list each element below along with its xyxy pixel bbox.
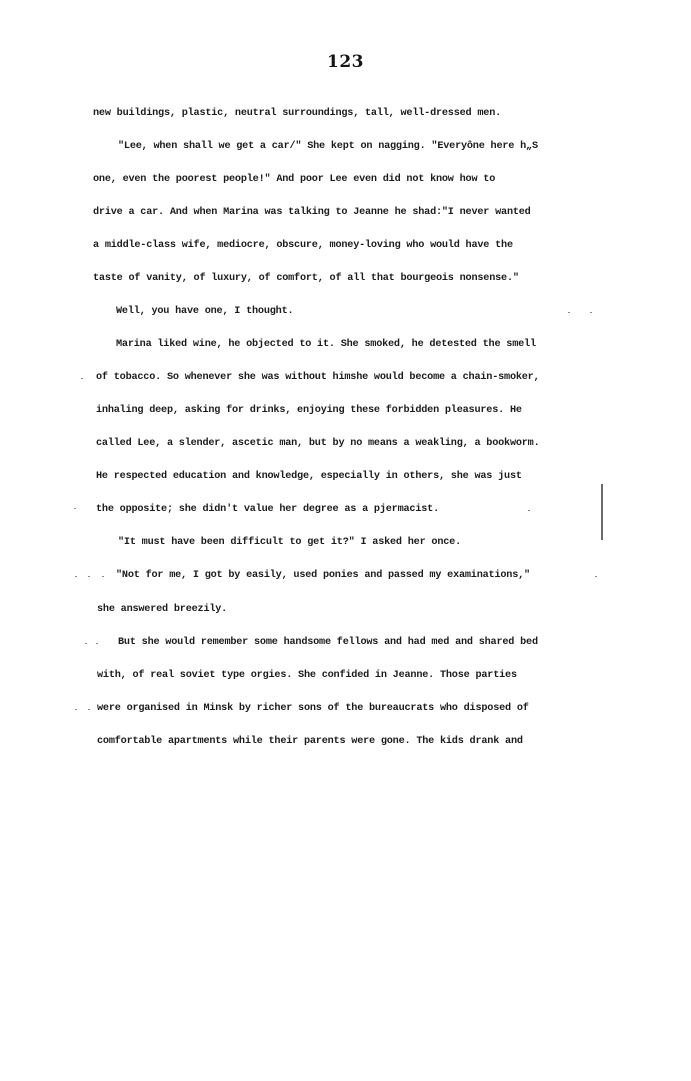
scan-speck	[528, 510, 530, 511]
text-line: drive a car. And when Marina was talking…	[93, 206, 531, 220]
scan-margin-line	[601, 484, 603, 540]
scan-speck	[74, 508, 76, 509]
scan-speck	[102, 576, 104, 577]
scan-speck	[75, 709, 77, 710]
text-line: inhaling deep, asking for drinks, enjoyi…	[96, 404, 522, 418]
text-line: He respected education and knowledge, es…	[96, 470, 522, 484]
text-line: taste of vanity, of luxury, of comfort, …	[93, 272, 519, 286]
text-line: called Lee, a slender, ascetic man, but …	[96, 437, 540, 451]
text-line: of tobacco. So whenever she was without …	[96, 371, 540, 385]
text-line: she answered breezily.	[97, 603, 227, 617]
text-line: with, of real soviet type orgies. She co…	[97, 669, 517, 683]
scan-speck	[88, 709, 90, 710]
scan-speck	[75, 576, 77, 577]
text-line: "It must have been difficult to get it?"…	[118, 536, 461, 550]
text-line: Well, you have one, I thought.	[116, 305, 293, 319]
page-number: 123	[0, 52, 691, 72]
text-line: were organised in Minsk by richer sons o…	[97, 702, 529, 716]
text-line: "Lee, when shall we get a car/" She kept…	[118, 140, 538, 154]
scan-speck	[81, 378, 83, 379]
scan-speck	[96, 643, 98, 644]
document-page: 123 new buildings, plastic, neutral surr…	[0, 0, 691, 1081]
scan-speck	[568, 312, 570, 313]
text-line: "Not for me, I got by easily, used ponie…	[116, 569, 530, 583]
text-line: a middle-class wife, mediocre, obscure, …	[93, 239, 513, 253]
scan-speck	[88, 576, 90, 577]
text-line: Marina liked wine, he objected to it. Sh…	[116, 338, 536, 352]
text-line: the opposite; she didn't value her degre…	[96, 503, 439, 517]
scan-speck	[595, 576, 597, 577]
scan-speck	[590, 312, 592, 313]
text-line: But she would remember some handsome fel…	[118, 636, 538, 650]
text-line: comfortable apartments while their paren…	[97, 735, 523, 749]
scan-speck	[85, 643, 87, 644]
text-line: one, even the poorest people!" And poor …	[93, 173, 495, 187]
text-line: new buildings, plastic, neutral surround…	[93, 107, 501, 121]
